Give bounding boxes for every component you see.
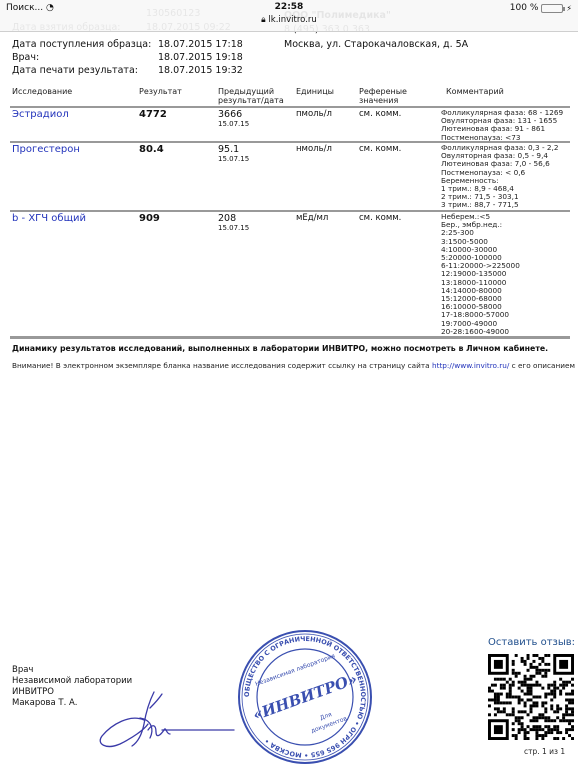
review-label: Оставить отзыв: (488, 637, 575, 648)
info-label: Дата печати результата: (12, 65, 138, 76)
stamp-icon: ОБЩЕСТВО С ОГРАНИЧЕННОЙ ОТВЕТСТВЕННОСТЬЮ… (236, 628, 374, 766)
attention-note: Внимание! В электронном экземпляре бланк… (12, 361, 575, 370)
reference: см. комм. (359, 213, 401, 223)
signature-icon (92, 690, 252, 760)
comment: Фолликулярная фаза: 0,3 - 2,2Овуляторная… (441, 144, 559, 210)
reference: см. комм. (359, 109, 401, 119)
status-bar: Поиск... ◔ 22:58 🔒︎ lk.invitro.ru 100 % … (0, 0, 578, 32)
info-value: 18.07.2015 19:18 (158, 52, 243, 63)
doctor-line: Врач (12, 665, 132, 676)
dynamics-note: Динамику результатов исследований, выпол… (12, 344, 548, 353)
prev-value: 3666 (218, 109, 242, 120)
prev-date: 15.07.15 (218, 120, 249, 128)
col-ref-1: Референые (359, 87, 407, 96)
invitro-link[interactable]: http://www.invitro.ru/ (432, 361, 509, 370)
address-bar[interactable]: 🔒︎ lk.invitro.ru (0, 15, 578, 25)
info-label: Врач: (12, 52, 39, 63)
prev-value: 95.1 (218, 144, 239, 155)
col-result: Результат (139, 87, 182, 96)
units: мЕд/мл (296, 213, 328, 223)
lab-result-page: 130560123 Дата взятия образца: 18.07.201… (0, 0, 578, 770)
test-link[interactable]: Прогестерон (12, 144, 80, 155)
info-value: 18.07.2015 17:18 (158, 39, 243, 50)
test-link[interactable]: b - ХГЧ общий (12, 213, 86, 224)
comment: Фолликулярная фаза: 68 - 1269Овуляторная… (441, 109, 563, 142)
col-comment: Комментарий (446, 87, 504, 96)
info-value: 18.07.2015 19:32 (158, 65, 243, 76)
charging-icon: ⚡︎ (566, 4, 572, 13)
battery-percent: 100 % (510, 3, 539, 13)
info-label: Дата поступления образца: (12, 39, 151, 50)
battery-icon (541, 4, 563, 13)
result-value: 909 (139, 213, 160, 224)
lock-icon: 🔒︎ (261, 15, 266, 25)
result-value: 80.4 (139, 144, 164, 155)
doctor-line: Независимой лаборатории (12, 676, 132, 687)
col-ref-2: значения (359, 96, 398, 105)
clock: 22:58 (0, 2, 578, 12)
col-test: Исследование (12, 87, 72, 96)
units: пмоль/л (296, 109, 332, 119)
page-number: стр. 1 из 1 (524, 747, 565, 756)
col-prev-2: результат/дата (218, 96, 284, 105)
qr-code-icon[interactable] (488, 654, 574, 740)
col-units: Единицы (296, 87, 334, 96)
test-link[interactable]: Эстрадиол (12, 109, 69, 120)
prev-value: 208 (218, 213, 236, 224)
attention-prefix: Внимание! В электронном экземпляре бланк… (12, 361, 432, 370)
battery-status: 100 % ⚡︎ (510, 3, 572, 13)
url-text[interactable]: lk.invitro.ru (268, 15, 316, 25)
prev-date: 15.07.15 (218, 155, 249, 163)
attention-suffix: с его описанием (509, 361, 575, 370)
lab-address: Москва, ул. Старокачаловская, д. 5А (284, 39, 468, 50)
units: нмоль/л (296, 144, 332, 154)
col-prev-1: Предыдущий (218, 87, 274, 96)
reference: см. комм. (359, 144, 401, 154)
prev-date: 15.07.15 (218, 224, 249, 232)
divider (10, 336, 570, 339)
comment: Неберем.:<5Бер., эмбр.нед.:2:25-3003:150… (441, 213, 520, 336)
result-value: 4772 (139, 109, 167, 120)
